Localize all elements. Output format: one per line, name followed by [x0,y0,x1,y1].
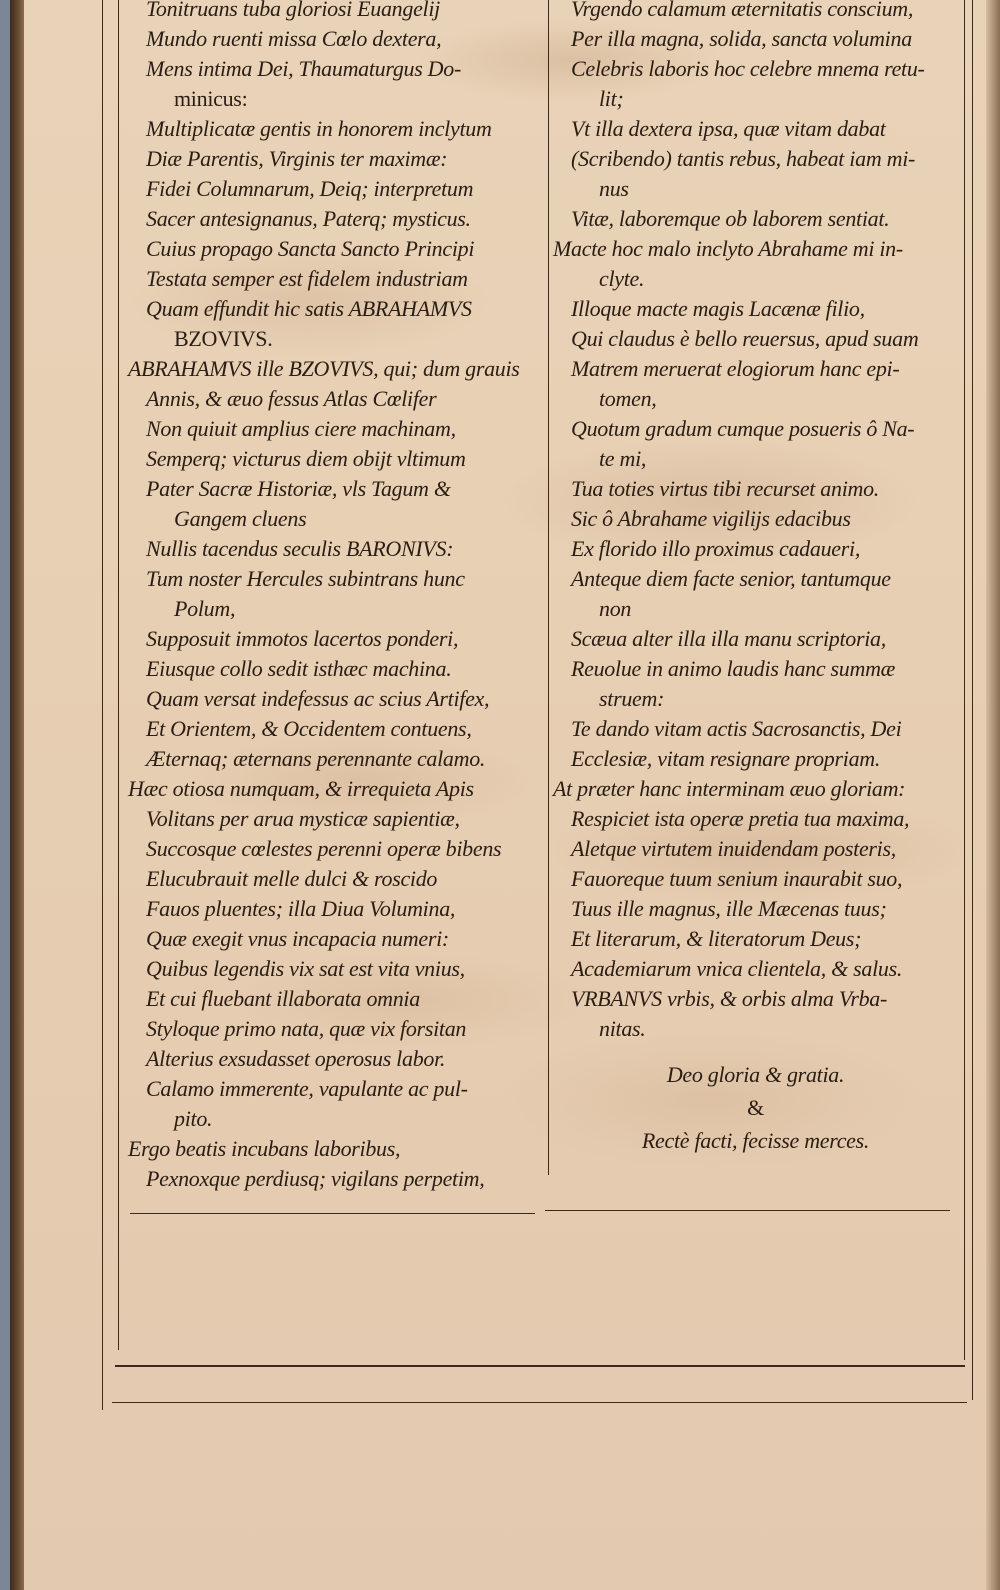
verse-line: Macte hoc malo inclyto Abrahame mi in- [553,234,963,264]
verse-line: Alterius exsudasset operosus labor. [128,1044,548,1074]
verse-line: Vitæ, laboremque ob laborem sentiat. [553,204,963,234]
verse-line: Sic ô Abrahame vigilijs edacibus [553,504,963,534]
verse-line: Vrgendo calamum æternitatis conscium, [553,0,963,24]
closing-line-merces: Rectè facti, fecisse merces. [553,1124,958,1158]
verse-line: nus [553,174,963,204]
verse-line: Mundo ruenti missa Cœlo dextera, [128,24,548,54]
verse-line: Reuolue in animo laudis hanc summæ [553,654,963,684]
verse-line: Vt illa dextera ipsa, quæ vitam dabat [553,114,963,144]
verse-line: Supposuit immotos lacertos ponderi, [128,624,548,654]
verse-line: (Scribendo) tantis rebus, habeat iam mi- [553,144,963,174]
verse-line: Anteque diem facte senior, tantumque [553,564,963,594]
frame-outer-left-rule [102,0,103,1410]
verse-line: Volitans per arua mysticæ sapientiæ, [128,804,548,834]
verse-line: Tua toties virtus tibi recurset animo. [553,474,963,504]
verse-line: Elucubrauit melle dulci & roscido [128,864,548,894]
page-right-edge [986,0,1000,1590]
verse-line: Tonitruans tuba gloriosi Euangelij [128,0,548,24]
verse-line: BZOVIVS. [128,324,548,354]
verse-line: minicus: [128,84,548,114]
verse-line: Quam effundit hic satis ABRAHAMVS [128,294,548,324]
verse-line: Te dando vitam actis Sacrosanctis, Dei [553,714,963,744]
verse-line: Pexnoxque perdiusq; vigilans perpetim, [128,1164,548,1194]
verse-line: Pater Sacræ Historiæ, vls Tagum & [128,474,548,504]
verse-line: Et cui fluebant illaborata omnia [128,984,548,1014]
verse-line: Ergo beatis incubans laboribus, [128,1134,548,1164]
verse-line: Polum, [128,594,548,624]
verse-line: Succosque cœlestes perenni operæ bibens [128,834,548,864]
verse-line: tomen, [553,384,963,414]
verse-line: Testata semper est fidelem industriam [128,264,548,294]
verse-line: Styloque primo nata, quæ vix forsitan [128,1014,548,1044]
verse-line: Quæ exegit vnus incapacia numeri: [128,924,548,954]
frame-bottom-rule-2 [112,1402,967,1403]
verse-line: Semperq; victurus diem obijt vltimum [128,444,548,474]
verse-line: Sacer antesignanus, Paterq; mysticus. [128,204,548,234]
verse-line: Matrem meruerat elogiorum hanc epi- [553,354,963,384]
verse-line: Aletque virtutem inuidendam posteris, [553,834,963,864]
column-divider-rule [548,0,549,1175]
verse-line: ABRAHAMVS ille BZOVIVS, qui; dum grauis [128,354,548,384]
verse-line: Scæua alter illa illa manu scriptoria, [553,624,963,654]
verse-line: Eiusque collo sedit isthæc machina. [128,654,548,684]
right-column: Vrgendo calamum æternitatis conscium,Per… [553,0,963,1044]
verse-line: Tum noster Hercules subintrans hunc [128,564,548,594]
verse-line: Ecclesiæ, vitam resignare propriam. [553,744,963,774]
frame-inner-left-rule [118,0,119,1350]
verse-line: Et literarum, & literatorum Deus; [553,924,963,954]
verse-line: Tuus ille magnus, ille Mæcenas tuus; [553,894,963,924]
verse-line: Per illa magna, solida, sancta volumina [553,24,963,54]
verse-line: Quam versat indefessus ac scius Artifex, [128,684,548,714]
frame-outer-right-rule [972,0,973,1400]
closing-block: Deo gloria & gratia. & Rectè facti, feci… [553,1058,958,1158]
verse-line: Multiplicatæ gentis in honorem inclytum [128,114,548,144]
verse-line: Fauoreque tuum senium inaurabit suo, [553,864,963,894]
book-spine-edge [10,0,24,1590]
verse-line: pito. [128,1104,548,1134]
verse-line: Fauos pluentes; illa Diua Volumina, [128,894,548,924]
verse-line: Æternaq; æternans perennante calamo. [128,744,548,774]
verse-line: struem: [553,684,963,714]
verse-line: Calamo immerente, vapulante ac pul- [128,1074,548,1104]
verse-line: Et Orientem, & Occidentem contuens, [128,714,548,744]
verse-line: te mi, [553,444,963,474]
verse-line: Cuius propago Sancta Sancto Principi [128,234,548,264]
verse-line: Diæ Parentis, Virginis ter maximæ: [128,144,548,174]
verse-line: Quotum gradum cumque posueris ô Na- [553,414,963,444]
verse-line: Illoque macte magis Lacænæ filio, [553,294,963,324]
verse-line: Mens intima Dei, Thaumaturgus Do- [128,54,548,84]
verse-line: lit; [553,84,963,114]
verse-line: non [553,594,963,624]
verse-line: Qui claudus è bello reuersus, apud suam [553,324,963,354]
verse-line: VRBANVS vrbis, & orbis alma Vrba- [553,984,963,1014]
frame-inner-right-rule [964,0,965,1360]
verse-line: Nullis tacendus seculis BARONIVS: [128,534,548,564]
verse-line: Gangem cluens [128,504,548,534]
verse-line: clyte. [553,264,963,294]
verse-line: Fidei Columnarum, Deiq; interpretum [128,174,548,204]
closing-line-doxology: Deo gloria & gratia. [553,1058,958,1092]
verse-line: At præter hanc interminam æuo gloriam: [553,774,963,804]
verse-line: Celebris laboris hoc celebre mnema retu- [553,54,963,84]
verse-line: Respiciet ista operæ pretia tua maxima, [553,804,963,834]
left-column: Tonitruans tuba gloriosi EuangelijMundo … [128,0,548,1194]
verse-line: Annis, & æuo fessus Atlas Cœlifer [128,384,548,414]
verse-line: Academiarum vnica clientela, & salus. [553,954,963,984]
frame-bottom-rule-1 [115,1365,965,1367]
verse-line: Ex florido illo proximus cadaueri, [553,534,963,564]
right-column-footer-rule [545,1210,950,1211]
left-column-footer-rule [130,1213,535,1214]
closing-ampersand: & [553,1092,958,1124]
verse-line: Quibus legendis vix sat est vita vnius, [128,954,548,984]
verse-line: Hæc otiosa numquam, & irrequieta Apis [128,774,548,804]
verse-line: nitas. [553,1014,963,1044]
verse-line: Non quiuit amplius ciere machinam, [128,414,548,444]
